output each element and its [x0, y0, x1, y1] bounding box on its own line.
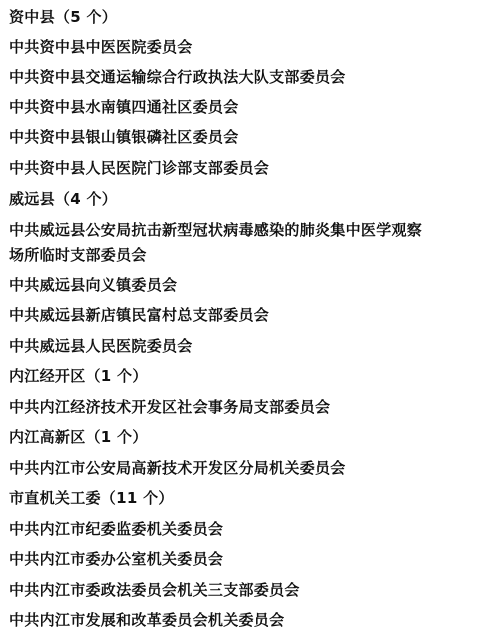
section-heading-gaoxinqu: 内江高新区（1 个） [9, 427, 148, 447]
list-item: 中共威远县新店镇民富村总支部委员会 [9, 305, 269, 325]
list-item-continuation: 场所临时支部委员会 [9, 245, 147, 265]
list-item: 中共内江市发展和改革委员会机关委员会 [9, 610, 284, 630]
section-heading-zizhong: 资中县（5 个） [9, 7, 117, 27]
section-heading-weiyuan: 威远县（4 个） [9, 189, 117, 209]
list-item: 中共威远县人民医院委员会 [9, 336, 193, 356]
section-heading-jingkaiqu: 内江经开区（1 个） [9, 366, 148, 386]
list-item: 中共内江市委办公室机关委员会 [9, 549, 223, 569]
list-item: 中共威远县向义镇委员会 [9, 275, 177, 295]
list-item: 中共内江经济技术开发区社会事务局支部委员会 [9, 397, 330, 417]
list-item: 中共威远县公安局抗击新型冠状病毒感染的肺炎集中医学观察 [9, 220, 422, 240]
list-item: 中共资中县中医医院委员会 [9, 37, 193, 57]
list-item: 中共资中县人民医院门诊部支部委员会 [9, 158, 269, 178]
list-item: 中共内江市公安局高新技术开发区分局机关委员会 [9, 458, 346, 478]
list-item: 中共资中县银山镇银磷社区委员会 [9, 127, 239, 147]
list-item: 中共内江市纪委监委机关委员会 [9, 519, 223, 539]
list-item: 中共资中县交通运输综合行政执法大队支部委员会 [9, 67, 346, 87]
section-heading-shizhi-jiguan: 市直机关工委（11 个） [9, 488, 174, 508]
list-item: 中共资中县水南镇四通社区委员会 [9, 97, 239, 117]
list-item: 中共内江市委政法委员会机关三支部委员会 [9, 580, 300, 600]
